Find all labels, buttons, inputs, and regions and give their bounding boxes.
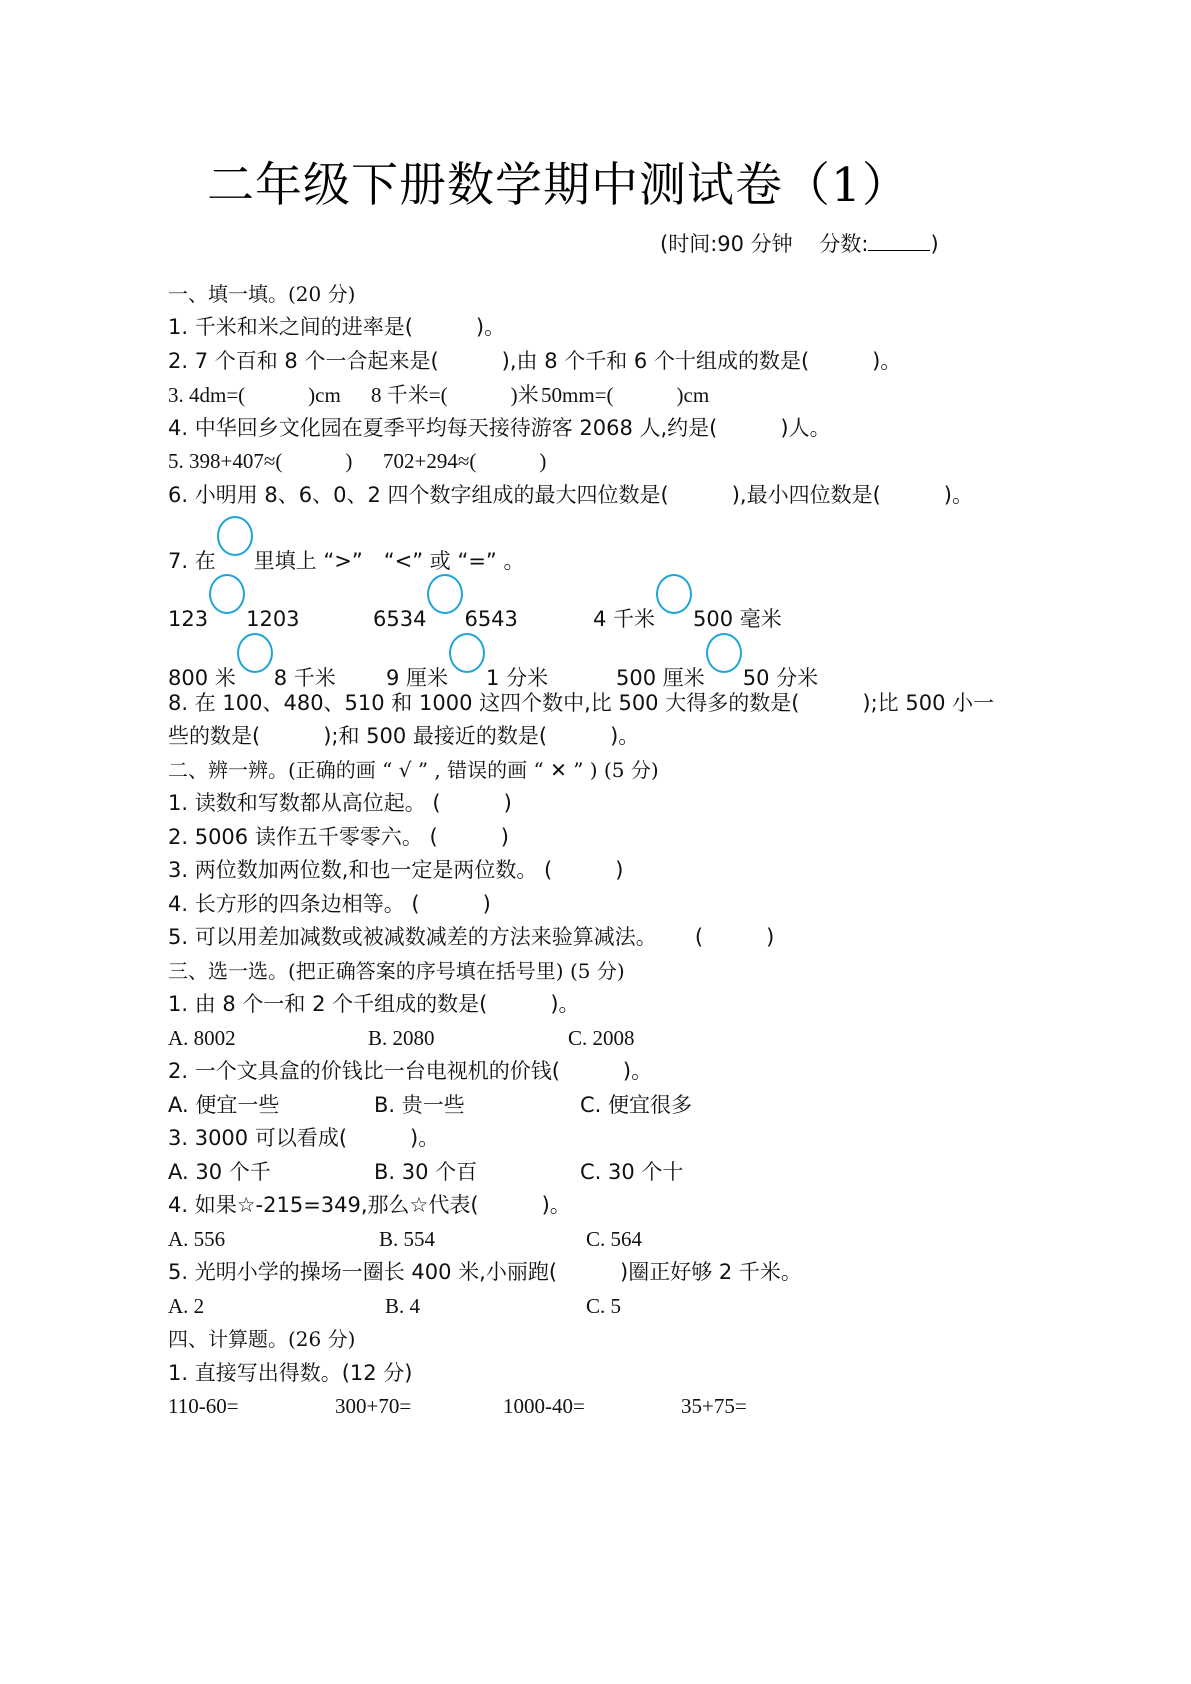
option-b[interactable]: B. 30 个百 [374,1158,580,1186]
compare-left: 4 千米 [593,607,655,631]
s3-question: 3. 3000 可以看成( )。 [168,1124,439,1152]
section1-heading: 一、填一填。(20 分) [168,280,355,308]
s1-q7-row2: 800 米8 千米 9 厘米1 分米 500 厘米50 分米 [168,647,818,692]
section4-heading: 四、计算题。(26 分) [168,1325,355,1353]
option-b[interactable]: B. 贵一些 [374,1091,580,1119]
compare-left: 6534 [373,607,426,631]
compare-left: 123 [168,607,208,631]
compare-left: 500 厘米 [616,666,705,690]
s1-q7-prefix: 7. 在 [168,549,216,573]
compare-item: 800 米8 千米 [168,647,386,692]
option-c[interactable]: C. 30 个十 [580,1158,683,1186]
s4-sub1: 1. 直接写出得数。(12 分) [168,1359,413,1387]
score-close: ) [930,232,938,256]
compare-right: 1203 [246,607,299,631]
s1-q7-suffix: 里填上 “>” “<” 或 “=” 。 [254,549,525,573]
compare-circle-icon [217,516,253,556]
s1-q5-b: 702+294≈( ) [383,447,546,475]
compare-circle[interactable] [209,574,245,614]
compare-right: 6543 [464,607,517,631]
s3-question: 4. 如果☆-215=349,那么☆代表( )。 [168,1191,571,1219]
s3-options: A. 30 个千 B. 30 个百 C. 30 个十 [168,1158,683,1186]
compare-item: 4 千米500 毫米 [593,588,782,633]
compare-circle[interactable] [656,574,692,614]
s2-item: 1. 读数和写数都从高位起。 ( ) [168,789,512,817]
s3-options: A. 556 B. 554 C. 564 [168,1225,642,1253]
compare-right: 50 分米 [743,666,818,690]
compare-circle[interactable] [237,633,273,673]
s1-q7: 7. 在里填上 “>” “<” 或 “=” 。 [168,530,524,575]
option-c[interactable]: C. 564 [586,1225,642,1253]
compare-right: 8 千米 [274,666,336,690]
s1-q5-a: 5. 398+407≈( ) [168,447,383,475]
compare-item: 9 厘米1 分米 [386,647,616,692]
s2-item: 2. 5006 读作五千零零六。 ( ) [168,823,509,851]
calc-expr: 35+75= [681,1392,747,1420]
compare-left: 800 米 [168,666,236,690]
s2-item: 5. 可以用差加减数或被减数减差的方法来验算减法。 ( ) [168,923,774,951]
compare-left: 9 厘米 [386,666,448,690]
s3-options: A. 便宜一些 B. 贵一些 C. 便宜很多 [168,1091,692,1119]
s1-q8-line2: 些的数是( );和 500 最接近的数是( )。 [168,722,639,750]
compare-right: 500 毫米 [693,607,782,631]
compare-circle[interactable] [449,633,485,673]
s3-question: 1. 由 8 个一和 2 个千组成的数是( )。 [168,990,580,1018]
s2-item: 4. 长方形的四条边相等。 ( ) [168,890,491,918]
s2-item: 3. 两位数加两位数,和也一定是两位数。 ( ) [168,856,623,884]
calc-expr: 1000-40= [503,1392,681,1420]
compare-right: 1 分米 [486,666,548,690]
exam-title: 二年级下册数学期中测试卷（1） [207,148,910,215]
s1-q3-b: 8 千米=( )米 [371,381,541,409]
calc-expr: 300+70= [335,1392,503,1420]
option-a[interactable]: A. 556 [168,1225,379,1253]
s1-q3: 3. 4dm=( )cm 8 千米=( )米 50mm=( )cm [168,381,709,409]
calc-expr: 110-60= [168,1392,335,1420]
option-b[interactable]: B. 554 [379,1225,586,1253]
s1-q3-a: 3. 4dm=( )cm [168,381,371,409]
compare-circle[interactable] [706,633,742,673]
option-c[interactable]: C. 便宜很多 [580,1091,692,1119]
option-a[interactable]: A. 便宜一些 [168,1091,374,1119]
s4-exprs: 110-60= 300+70= 1000-40= 35+75= [168,1392,747,1420]
time-label: (时间:90 分钟 [660,232,793,256]
option-a[interactable]: A. 2 [168,1292,385,1320]
option-a[interactable]: A. 30 个千 [168,1158,374,1186]
s1-q8-line1: 8. 在 100、480、510 和 1000 这四个数中,比 500 大得多的… [168,689,994,717]
s3-question: 2. 一个文具盒的价钱比一台电视机的价钱( )。 [168,1057,652,1085]
score-blank[interactable] [868,232,930,251]
s3-options: A. 8002 B. 2080 C. 2008 [168,1024,635,1052]
s1-q7-row1: 1231203 65346543 4 千米500 毫米 [168,588,782,633]
option-a[interactable]: A. 8002 [168,1024,368,1052]
exam-meta: (时间:90 分钟 分数:) [660,228,939,258]
s1-q3-c: 50mm=( )cm [541,381,709,409]
score-label: 分数: [819,232,868,256]
compare-item: 1231203 [168,588,373,633]
compare-item: 500 厘米50 分米 [616,647,818,692]
option-c[interactable]: C. 5 [586,1292,621,1320]
s3-question: 5. 光明小学的操场一圈长 400 米,小丽跑( )圈正好够 2 千米。 [168,1258,802,1286]
s1-q4: 4. 中华回乡文化园在夏季平均每天接待游客 2068 人,约是( )人。 [168,414,831,442]
s1-q1: 1. 千米和米之间的进率是( )。 [168,313,505,341]
s1-q5: 5. 398+407≈( ) 702+294≈( ) [168,447,546,475]
option-b[interactable]: B. 4 [385,1292,586,1320]
section3-heading: 三、选一选。(把正确答案的序号填在括号里) (5 分) [168,957,625,985]
s3-options: A. 2 B. 4 C. 5 [168,1292,621,1320]
s1-q2: 2. 7 个百和 8 个一合起来是( ),由 8 个千和 6 个十组成的数是( … [168,347,901,375]
compare-circle[interactable] [427,574,463,614]
s1-q6: 6. 小明用 8、6、0、2 四个数字组成的最大四位数是( ),最小四位数是( … [168,481,973,509]
option-b[interactable]: B. 2080 [368,1024,568,1052]
section2-heading: 二、辨一辨。(正确的画 “ √ ” , 错误的画 “ ✕ ” ) (5 分) [168,756,659,784]
option-c[interactable]: C. 2008 [568,1024,635,1052]
compare-item: 65346543 [373,588,593,633]
